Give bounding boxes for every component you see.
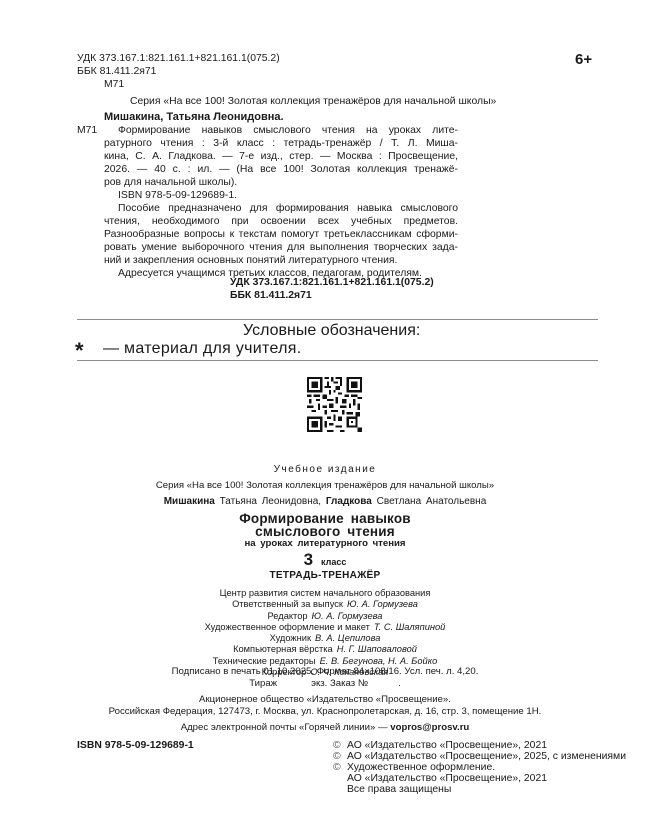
print-run: Тиражэкз. Заказ №. [0,678,650,689]
book-title-line2: смыслового чтения [0,524,650,539]
credit-name: Ю. А. Гормузева [347,599,418,609]
credit-name: Т. С. Шаляпиной [374,622,445,632]
age-rating: 6+ [575,51,592,68]
publisher-name: Акционерное общество «Издательство «Прос… [0,694,650,705]
udk-code-bold: УДК 373.167.1:821.161.1+821.161.1(075.2) [230,277,434,288]
annotation-line: Пособие предназначено для формирования н… [104,202,458,215]
credit-line: Центр развития систем начального образов… [0,588,650,599]
bbk-code-bold: ББК 81.411.2я71 [230,290,312,301]
order-label: экз. Заказ № [311,678,368,689]
credit-name: Ю. А. Гормузева [312,611,383,621]
author2-name: Светлана Анатольевна [377,496,487,507]
credit-role: Компьютерная вёрстка [233,644,333,654]
hotline-label: Адрес электронной почты «Горячей линии» … [181,722,388,733]
bib-line: 2026. — 40 с. : ил. — (На все 100! Золот… [104,163,458,176]
credit-name: В. А. Цепилова [315,633,380,643]
credit-role: Художник [270,633,311,643]
isbn: ISBN 978-5-09-129689-1 [77,740,194,751]
credit-name: Н. Г. Шаповаловой [337,644,417,654]
copyright-line: ©АО «Издательство «Просвещение», 2021 [333,740,547,751]
bib-isbn: ISBN 978-5-09-129689-1. [118,189,237,202]
annotation-line: Разнообразные вопросы к текстам помогут … [104,228,458,241]
grade-word: класс [321,557,346,567]
bib-description: Формирование навыков смыслового чтения н… [104,124,458,189]
series-title: Серия «На все 100! Золотая коллекция тре… [130,95,496,108]
credit-line: Компьютерная вёрсткаН. Г. Шаповаловой [0,644,650,655]
udk-code: УДК 373.167.1:821.161.1+821.161.1(075.2) [77,52,280,65]
bib-author: Мишакина, Татьяна Леонидовна. [104,111,284,123]
legend-title: Условные обозначения: [243,322,420,340]
credit-line: РедакторЮ. А. Гормузева [0,611,650,622]
copyright-text: АО «Издательство «Просвещение», 2025, с … [347,751,626,762]
edition-type: Учебное издание [0,464,650,475]
copyright-icon: © [333,740,347,751]
annotation-line: ний и закрепления основных понятий литер… [104,254,458,267]
grade: 3класс [0,550,650,570]
credit-role: Ответственный за выпуск [232,599,343,609]
imprint-authors: Мишакина Татьяна Леонидовна, Гладкова Св… [0,496,650,507]
credit-role: Технические редакторы [213,656,316,666]
credit-role: Центр развития систем начального образов… [220,588,431,598]
print-run-label: Тираж [249,678,277,689]
copyright-text: АО «Издательство «Просвещение», 2021 [347,740,547,751]
bib-line: ратурного чтения : 3-й класс : тетрадь-т… [104,137,458,150]
credit-role: Редактор [268,611,308,621]
grade-number: 3 [304,550,313,569]
author2-surname: Гладкова [326,496,372,507]
annotation-line: ровать умение выборочного чтения для вып… [104,241,458,254]
bbk-code: ББК 81.411.2я71 [77,65,156,78]
copyright-icon: © [333,751,347,762]
credits-list: Центр развития систем начального образов… [0,588,650,678]
copyright-icon: © [333,762,347,773]
book-type: ТЕТРАДЬ-ТРЕНАЖЁР [0,570,650,581]
divider-bottom [77,360,598,361]
copyright-line: АО «Издательство «Просвещение», 2021 [347,773,547,784]
annotation-line: чтения, необходимого при освоении всех у… [104,215,458,228]
rights-reserved: Все права защищены [347,784,451,795]
credit-role: Художественное оформление и макет [205,622,370,632]
bib-line: кина, С. А. Гладкова. — 7-е изд., стер. … [104,150,458,163]
imprint-series: Серия «На все 100! Золотая коллекция тре… [0,480,650,491]
bib-line: ров для начальной школы). [104,176,458,189]
publisher-address: Российская Федерация, 127473, г. Москва,… [0,706,650,717]
qr-code-icon[interactable] [307,377,362,432]
credit-line: ХудожникВ. А. Цепилова [0,633,650,644]
print-signed: Подписано в печать 01.10.2025. Формат 84… [0,666,650,677]
author-sign: М71 [104,78,124,91]
hotline-email-link[interactable]: vopros@prosv.ru [390,722,469,733]
credit-line: Ответственный за выпускЮ. А. Гормузева [0,599,650,610]
hotline: Адрес электронной почты «Горячей линии» … [0,722,650,733]
copyright-text: Художественное оформление. [347,762,495,773]
copyright-line: ©Художественное оформление. [333,762,495,773]
credit-line: Художественное оформление и макетТ. С. Ш… [0,622,650,633]
author1-surname: Мишакина [164,496,215,507]
bib-author-sign: М71 [77,124,97,137]
book-subtitle: на уроках литературного чтения [0,538,650,549]
legend-text: — материал для учителя. [103,340,301,358]
bib-line: Формирование навыков смыслового чтения н… [104,124,458,137]
author1-name: Татьяна Леонидовна, [220,496,321,507]
copyright-line: ©АО «Издательство «Просвещение», 2025, с… [333,751,626,762]
annotation: Пособие предназначено для формирования н… [104,202,458,280]
order-end: . [398,678,401,689]
credit-name: Е. В. Бегунова, Н. А. Бойко [320,656,438,666]
divider-top [77,319,598,320]
asterisk-icon: * [75,340,84,362]
